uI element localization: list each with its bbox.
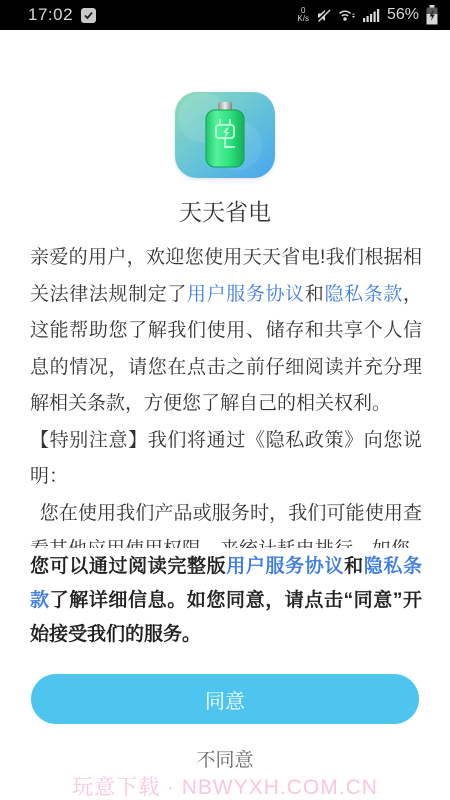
privacy-terms-link[interactable]: 隐私条款 — [324, 284, 403, 305]
user-service-agreement-link[interactable]: 用户服务协议 — [187, 284, 305, 305]
wifi-icon — [338, 8, 356, 22]
agreement-text-scroll-area[interactable]: 亲爱的用户，欢迎您使用天天省电!我们根据相关法律法规制定了用户服务协议和隐私条款… — [30, 240, 422, 548]
summary-text: 您可以通过阅读完整版 — [30, 556, 226, 577]
app-icon — [175, 92, 275, 178]
signal-strength-icon — [363, 8, 380, 22]
status-bar-left: 17:02 — [28, 5, 96, 25]
agreement-text: 和 — [305, 284, 325, 305]
agreement-paragraph-2: 【特别注意】我们将通过《隐私政策》向您说明： — [30, 423, 422, 496]
agreement-paragraph-1: 亲爱的用户，欢迎您使用天天省电!我们根据相关法律法规制定了用户服务协议和隐私条款… — [30, 240, 422, 423]
site-watermark: 玩意下载 · NBWYXH.COM.CN — [0, 771, 450, 800]
status-bar: 17:02 0 K/s — [0, 0, 450, 30]
agreement-summary: 您可以通过阅读完整版用户服务协议和隐私条款了解详细信息。如您同意，请点击“同意”… — [30, 550, 422, 652]
battery-percent-label: 56% — [387, 6, 419, 24]
battery-charging-icon — [426, 5, 438, 25]
app-title: 天天省电 — [0, 194, 450, 227]
status-bar-right: 0 K/s — [297, 5, 438, 25]
disagree-button[interactable]: 不同意 — [0, 744, 450, 772]
user-service-agreement-link-bold[interactable]: 用户服务协议 — [226, 556, 344, 577]
agree-button[interactable]: 同意 — [31, 674, 419, 724]
agreement-paragraph-3: 您在使用我们产品或服务时，我们可能使用查看其他应用使用权限、来统计耗电排行。如您 — [30, 496, 422, 549]
summary-text: 和 — [344, 556, 364, 577]
summary-text: 了解详细信息。如您同意，请点击“同意”开始接受我们的服务。 — [30, 590, 422, 645]
app-screen: 17:02 0 K/s — [0, 0, 450, 800]
network-speed-unit: K/s — [297, 15, 309, 23]
clock: 17:02 — [28, 5, 73, 25]
mute-icon — [316, 8, 331, 23]
notification-check-icon — [81, 8, 96, 23]
battery-plug-icon — [202, 101, 248, 169]
network-speed-indicator: 0 K/s — [297, 7, 309, 23]
